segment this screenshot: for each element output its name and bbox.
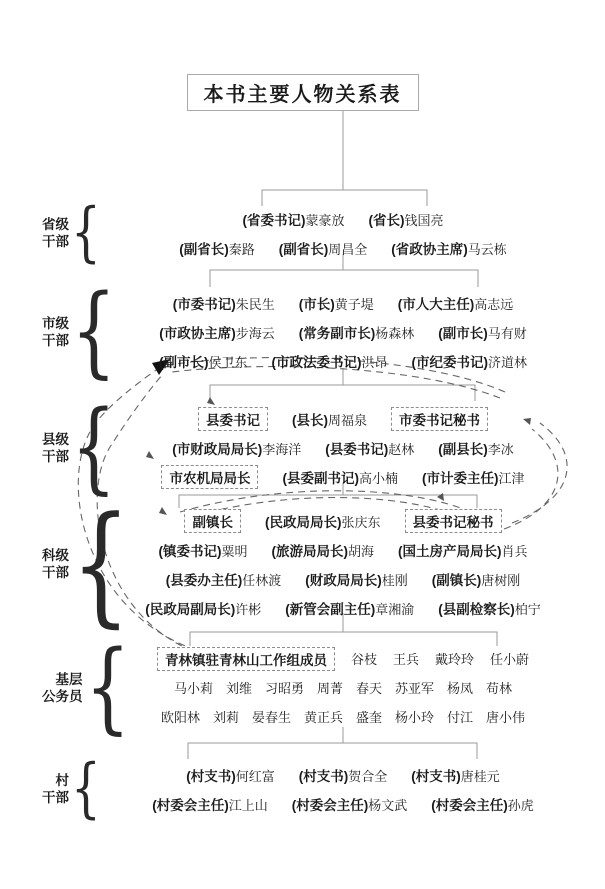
position-title: (民政局局长) bbox=[265, 511, 342, 531]
position-title: (副县长) bbox=[438, 438, 488, 458]
group-row: (副市长)侯卫东(市政法委书记)洪昂(市纪委书记)济道林 bbox=[96, 346, 590, 375]
group-label-text: 市级干部 bbox=[42, 315, 69, 349]
person-entry: 晏春生 bbox=[252, 707, 291, 726]
person-entry: (副市长)侯卫东 bbox=[159, 351, 248, 371]
brace: { bbox=[85, 644, 130, 732]
person-name: 桂刚 bbox=[382, 570, 408, 589]
person-entry: (镇委书记)粟明 bbox=[158, 540, 247, 560]
label-line: 干部 bbox=[42, 448, 69, 465]
person-entry: (副省长)秦路 bbox=[179, 238, 255, 258]
person-entry: 苏亚军 bbox=[395, 678, 434, 697]
brace: { bbox=[71, 288, 116, 376]
person-entry: 刘维 bbox=[226, 678, 252, 697]
brace: { bbox=[71, 404, 116, 492]
person-entry: (村委会主任)杨文武 bbox=[292, 794, 408, 814]
person-entry: 欧阳林 bbox=[161, 707, 200, 726]
position-title: (村委会主任) bbox=[431, 794, 508, 814]
position-title: (市政协主席) bbox=[159, 322, 236, 342]
label-line: 科级 bbox=[42, 547, 69, 564]
person-name: 杨小玲 bbox=[395, 707, 434, 726]
group-label-text: 省级干部 bbox=[42, 216, 69, 250]
person-name: 高志远 bbox=[474, 294, 513, 313]
person-name: 贺合全 bbox=[348, 766, 387, 785]
person-entry: (新管会副主任)章湘渝 bbox=[285, 598, 414, 618]
held-position-box: 副镇长 bbox=[184, 509, 241, 533]
page-title: 本书主要人物关系表 bbox=[187, 74, 419, 111]
person-name: 马云栋 bbox=[468, 239, 507, 258]
group-row: (省委书记)蒙豪放(省长)钱国亮 bbox=[96, 204, 590, 233]
held-position-box: 市农机局局长 bbox=[161, 465, 258, 489]
group-row: 县委书记(县长)周福泉市委书记秘书 bbox=[96, 404, 590, 433]
person-entry: (县副检察长)柏宁 bbox=[438, 598, 541, 618]
group-row: (副省长)秦路(副省长)周昌全(省政协主席)马云栋 bbox=[96, 233, 590, 262]
label-line: 县级 bbox=[42, 431, 69, 448]
position-title: (村支书) bbox=[186, 765, 236, 785]
position-title: (市委书记) bbox=[173, 293, 236, 313]
person-entry: 唐小伟 bbox=[486, 707, 525, 726]
position-title: (县委副书记) bbox=[282, 467, 359, 487]
position-title: (副镇长) bbox=[432, 569, 482, 589]
person-entry: (省委书记)蒙豪放 bbox=[242, 209, 344, 229]
position-title: (村支书) bbox=[411, 765, 461, 785]
person-entry: (市委书记)朱民生 bbox=[173, 293, 275, 313]
person-entry: (国土房产局局长)肖兵 bbox=[398, 540, 528, 560]
person-entry: 杨小玲 bbox=[395, 707, 434, 726]
person-name: 洪昂 bbox=[361, 352, 387, 371]
brace: { bbox=[71, 506, 131, 622]
person-name: 刘莉 bbox=[213, 707, 239, 726]
person-name: 习昭勇 bbox=[265, 678, 304, 697]
position-title: (县长) bbox=[292, 409, 328, 429]
person-name: 王兵 bbox=[393, 649, 419, 668]
held-position-box: 县委书记秘书 bbox=[405, 509, 502, 533]
person-name: 杨凤 bbox=[447, 678, 473, 697]
position-title: (市计委主任) bbox=[422, 467, 499, 487]
person-name: 济道林 bbox=[488, 352, 527, 371]
person-name: 江津 bbox=[499, 468, 525, 487]
position-title: (市纪委书记) bbox=[412, 351, 489, 371]
brace: { bbox=[71, 760, 101, 818]
person-name: 高小楠 bbox=[359, 468, 398, 487]
person-name: 任小蔚 bbox=[490, 649, 529, 668]
position-title: (市政法委书记) bbox=[271, 351, 361, 371]
label-line: 村 bbox=[56, 772, 70, 789]
person-entry: 马小莉 bbox=[174, 678, 213, 697]
person-entry: 任小蔚 bbox=[490, 649, 529, 668]
person-name: 章湘渝 bbox=[375, 599, 414, 618]
person-entry: 春天 bbox=[356, 678, 382, 697]
person-name: 马有财 bbox=[488, 323, 527, 342]
person-entry: (副省长)周昌全 bbox=[279, 238, 368, 258]
person-name: 马小莉 bbox=[174, 678, 213, 697]
person-entry: 付江 bbox=[447, 707, 473, 726]
group-county: 县委书记(县长)周福泉市委书记秘书(市财政局局长)李海洋(县委书记)赵林(副县长… bbox=[96, 404, 590, 491]
label-line: 干部 bbox=[42, 233, 69, 250]
person-entry: 刘莉 bbox=[213, 707, 239, 726]
person-entry: (市政法委书记)洪昂 bbox=[271, 351, 387, 371]
group-label-text: 基层公务员 bbox=[42, 671, 83, 705]
group-row: 市农机局局长(县委副书记)高小楠(市计委主任)江津 bbox=[96, 462, 590, 491]
person-name: 唐树刚 bbox=[481, 570, 520, 589]
person-entry: 习昭勇 bbox=[265, 678, 304, 697]
position-title: (县副检察长) bbox=[438, 598, 515, 618]
person-name: 胡海 bbox=[348, 541, 374, 560]
person-entry: (村支书)何红富 bbox=[186, 765, 275, 785]
person-entry: (县委书记)赵林 bbox=[325, 438, 414, 458]
position-title: (省长) bbox=[369, 209, 405, 229]
person-name: 李冰 bbox=[488, 439, 514, 458]
person-entry: (村委会主任)江上山 bbox=[152, 794, 268, 814]
person-entry: (村委会主任)孙虎 bbox=[431, 794, 534, 814]
person-name: 孙虎 bbox=[508, 795, 534, 814]
person-name: 唐小伟 bbox=[486, 707, 525, 726]
person-name: 周昌全 bbox=[328, 239, 367, 258]
group-label-text: 县级干部 bbox=[42, 431, 69, 465]
person-entry: 周菁 bbox=[317, 678, 343, 697]
person-name: 欧阳林 bbox=[161, 707, 200, 726]
label-line: 干部 bbox=[42, 789, 69, 806]
group-row: (村委会主任)江上山(村委会主任)杨文武(村委会主任)孙虎 bbox=[96, 789, 590, 818]
position-title: (村委会主任) bbox=[292, 794, 369, 814]
group-row: 马小莉刘维习昭勇周菁春天苏亚军杨凤苟林 bbox=[96, 673, 590, 702]
person-entry: (市计委主任)江津 bbox=[422, 467, 525, 487]
group-label-section: 科级干部{ bbox=[42, 506, 154, 622]
person-name: 蒙豪放 bbox=[305, 210, 344, 229]
person-entry: 谷枝 bbox=[351, 649, 377, 668]
person-entry: (县委副书记)高小楠 bbox=[282, 467, 398, 487]
person-name: 钱国亮 bbox=[405, 210, 444, 229]
person-name: 步海云 bbox=[236, 323, 275, 342]
person-entry: (县长)周福泉 bbox=[292, 409, 367, 429]
person-name: 杨森林 bbox=[375, 323, 414, 342]
person-name: 苟林 bbox=[486, 678, 512, 697]
group-label-provincial: 省级干部{ bbox=[42, 204, 112, 262]
position-title: (国土房产局局长) bbox=[398, 540, 502, 560]
person-name: 黄正兵 bbox=[304, 707, 343, 726]
label-line: 公务员 bbox=[42, 688, 83, 705]
person-entry: (市财政局局长)李海洋 bbox=[172, 438, 301, 458]
position-title: (民政局副局长) bbox=[145, 598, 235, 618]
person-name: 谷枝 bbox=[351, 649, 377, 668]
person-entry: (副镇长)唐树刚 bbox=[432, 569, 521, 589]
group-row: (民政局副局长)许彬(新管会副主任)章湘渝(县副检察长)柏宁 bbox=[96, 593, 590, 622]
brace: { bbox=[71, 204, 101, 262]
person-name: 朱民生 bbox=[236, 294, 275, 313]
person-entry: 盛奎 bbox=[356, 707, 382, 726]
group-row: (市财政局局长)李海洋(县委书记)赵林(副县长)李冰 bbox=[96, 433, 590, 462]
held-position-box: 县委书记 bbox=[198, 407, 268, 431]
group-row: 欧阳林刘莉晏春生黄正兵盛奎杨小玲付江唐小伟 bbox=[96, 702, 590, 731]
group-label-county: 县级干部{ bbox=[42, 404, 134, 492]
person-name: 春天 bbox=[356, 678, 382, 697]
person-entry: (省政协主席)马云栋 bbox=[391, 238, 507, 258]
position-title: (镇委书记) bbox=[158, 540, 221, 560]
person-entry: (民政局局长)张庆东 bbox=[265, 511, 381, 531]
label-line: 干部 bbox=[42, 564, 69, 581]
person-entry: (村支书)唐桂元 bbox=[411, 765, 500, 785]
person-entry: (省长)钱国亮 bbox=[369, 209, 444, 229]
person-name: 刘维 bbox=[226, 678, 252, 697]
group-section: 副镇长(民政局局长)张庆东县委书记秘书(镇委书记)粟明(旅游局局长)胡海(国土房… bbox=[96, 506, 590, 622]
person-name: 晏春生 bbox=[252, 707, 291, 726]
person-name: 付江 bbox=[447, 707, 473, 726]
group-label-village: 村干部{ bbox=[42, 760, 112, 818]
person-name: 唐桂元 bbox=[461, 766, 500, 785]
group-row: (村支书)何红富(村支书)贺合全(村支书)唐桂元 bbox=[96, 760, 590, 789]
person-name: 黄子堤 bbox=[335, 294, 374, 313]
person-entry: (副市长)马有财 bbox=[438, 322, 527, 342]
person-name: 粟明 bbox=[221, 541, 247, 560]
person-name: 任林渡 bbox=[242, 570, 281, 589]
group-row: (镇委书记)粟明(旅游局局长)胡海(国土房产局局长)肖兵 bbox=[96, 535, 590, 564]
position-title: (副省长) bbox=[179, 238, 229, 258]
person-entry: 王兵 bbox=[393, 649, 419, 668]
position-title: (省政协主席) bbox=[391, 238, 468, 258]
position-title: (市人大主任) bbox=[398, 293, 475, 313]
person-entry: (副县长)李冰 bbox=[438, 438, 514, 458]
person-entry: (市纪委书记)济道林 bbox=[412, 351, 528, 371]
position-title: (县委书记) bbox=[325, 438, 388, 458]
person-entry: 苟林 bbox=[486, 678, 512, 697]
position-title: (副市长) bbox=[159, 351, 209, 371]
person-entry: (市人大主任)高志远 bbox=[398, 293, 514, 313]
group-label-text: 科级干部 bbox=[42, 547, 69, 581]
group-label-text: 村干部 bbox=[42, 772, 69, 806]
person-entry: 黄正兵 bbox=[304, 707, 343, 726]
person-name: 杨文武 bbox=[368, 795, 407, 814]
person-name: 赵林 bbox=[388, 439, 414, 458]
person-entry: 戴玲玲 bbox=[435, 649, 474, 668]
relationship-chart-page: 本书主要人物关系表 省级干部{市级干部{县级干部{科级干部{基层公务员{村干部{… bbox=[0, 0, 605, 889]
position-title: (常务副市长) bbox=[299, 322, 376, 342]
person-entry: (村支书)贺合全 bbox=[299, 765, 388, 785]
group-row: (县委办主任)任林渡(财政局局长)桂刚(副镇长)唐树刚 bbox=[96, 564, 590, 593]
person-entry: 杨凤 bbox=[447, 678, 473, 697]
position-title: (副市长) bbox=[438, 322, 488, 342]
position-title: (新管会副主任) bbox=[285, 598, 375, 618]
person-name: 江上山 bbox=[229, 795, 268, 814]
person-entry: (民政局副局长)许彬 bbox=[145, 598, 261, 618]
person-name: 李海洋 bbox=[262, 439, 301, 458]
person-name: 周菁 bbox=[317, 678, 343, 697]
held-position-box: 市委书记秘书 bbox=[391, 407, 488, 431]
person-name: 柏宁 bbox=[515, 599, 541, 618]
position-title: (省委书记) bbox=[242, 209, 305, 229]
group-label-municipal: 市级干部{ bbox=[42, 288, 134, 376]
person-name: 秦路 bbox=[229, 239, 255, 258]
person-name: 何红富 bbox=[236, 766, 275, 785]
group-village: (村支书)何红富(村支书)贺合全(村支书)唐桂元(村委会主任)江上山(村委会主任… bbox=[96, 760, 590, 818]
label-line: 干部 bbox=[42, 332, 69, 349]
group-provincial: (省委书记)蒙豪放(省长)钱国亮(副省长)秦路(副省长)周昌全(省政协主席)马云… bbox=[96, 204, 590, 262]
group-municipal: (市委书记)朱民生(市长)黄子堤(市人大主任)高志远(市政协主席)步海云(常务副… bbox=[96, 288, 590, 375]
person-name: 戴玲玲 bbox=[435, 649, 474, 668]
person-name: 肖兵 bbox=[502, 541, 528, 560]
label-line: 省级 bbox=[42, 216, 69, 233]
person-name: 苏亚军 bbox=[395, 678, 434, 697]
group-label-grassroots: 基层公务员{ bbox=[42, 644, 148, 732]
group-row: (市委书记)朱民生(市长)黄子堤(市人大主任)高志远 bbox=[96, 288, 590, 317]
position-title: (市长) bbox=[299, 293, 335, 313]
label-line: 市级 bbox=[42, 315, 69, 332]
label-line: 基层 bbox=[56, 671, 83, 688]
position-title: (旅游局局长) bbox=[271, 540, 348, 560]
person-entry: (市政协主席)步海云 bbox=[159, 322, 275, 342]
group-row: (市政协主席)步海云(常务副市长)杨森林(副市长)马有财 bbox=[96, 317, 590, 346]
person-entry: (财政局局长)桂刚 bbox=[305, 569, 408, 589]
held-position-box: 青林镇驻青林山工作组成员 bbox=[157, 647, 335, 671]
position-title: (副省长) bbox=[279, 238, 329, 258]
person-name: 许彬 bbox=[235, 599, 261, 618]
position-title: (村支书) bbox=[299, 765, 349, 785]
person-entry: (市长)黄子堤 bbox=[299, 293, 374, 313]
person-entry: (县委办主任)任林渡 bbox=[166, 569, 282, 589]
person-entry: (旅游局局长)胡海 bbox=[271, 540, 374, 560]
position-title: (县委办主任) bbox=[166, 569, 243, 589]
group-grassroots: 青林镇驻青林山工作组成员谷枝王兵戴玲玲任小蔚马小莉刘维习昭勇周菁春天苏亚军杨凤苟… bbox=[96, 644, 590, 731]
position-title: (市财政局局长) bbox=[172, 438, 262, 458]
position-title: (村委会主任) bbox=[152, 794, 229, 814]
person-name: 盛奎 bbox=[356, 707, 382, 726]
group-row: 青林镇驻青林山工作组成员谷枝王兵戴玲玲任小蔚 bbox=[96, 644, 590, 673]
group-row: 副镇长(民政局局长)张庆东县委书记秘书 bbox=[96, 506, 590, 535]
person-entry: (常务副市长)杨森林 bbox=[299, 322, 415, 342]
person-name: 张庆东 bbox=[341, 512, 380, 531]
person-name: 周福泉 bbox=[328, 410, 367, 429]
position-title: (财政局局长) bbox=[305, 569, 382, 589]
person-name: 侯卫东 bbox=[208, 352, 247, 371]
